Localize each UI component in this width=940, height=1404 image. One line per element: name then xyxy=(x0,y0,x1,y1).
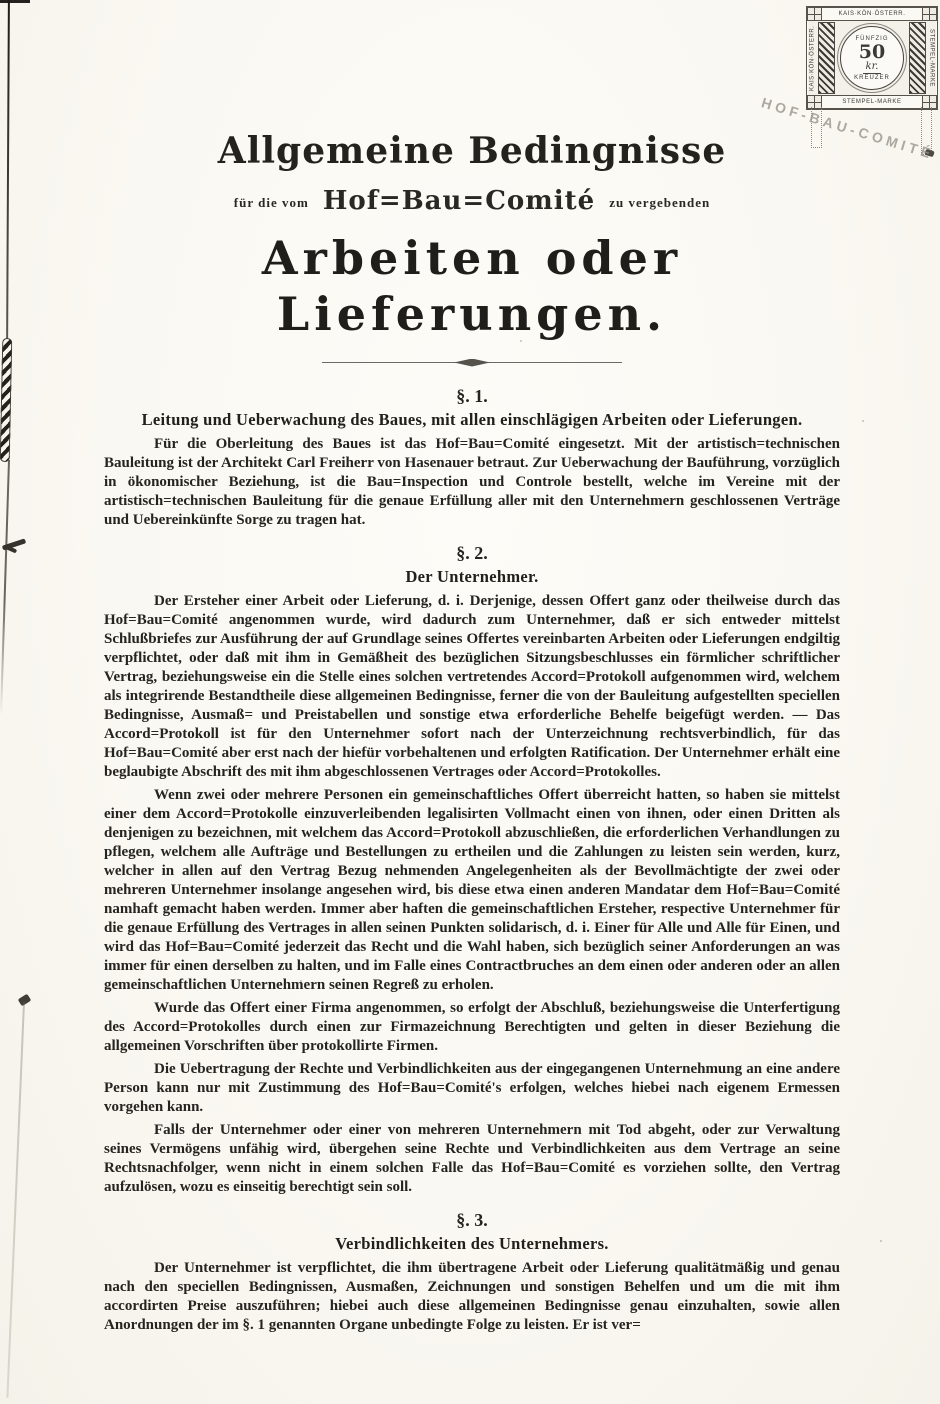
revenue-stamp: KAIS·KÖN·ÖSTERR. KAIS·KÖN·ÖSTERR. FÜNFZI… xyxy=(806,6,938,110)
document-body: Allgemeine Bedingnisse für die vom Hof=B… xyxy=(104,128,840,1335)
stamp-corner-ornament xyxy=(807,7,822,21)
stamp-value-unit: kr. xyxy=(863,62,882,74)
section-1-heading: Leitung und Ueberwachung des Baues, mit … xyxy=(104,409,840,431)
stamp-bottom-banner: STEMPEL-MARKE xyxy=(822,95,922,109)
section-3-paragraph: Der Unternehmer ist verpflichtet, die ih… xyxy=(104,1259,840,1335)
stamp-ornament-column xyxy=(909,22,926,94)
binding-edge-line xyxy=(6,0,10,342)
ornamental-divider xyxy=(322,358,622,367)
section-2-paragraph: Der Ersteher einer Arbeit oder Lieferung… xyxy=(104,592,840,782)
document-title: Allgemeine Bedingnisse xyxy=(104,128,840,174)
section-2-number: §. 2. xyxy=(104,542,840,564)
scan-edge-top-mark xyxy=(0,0,30,3)
section-2-heading: Der Unternehmer. xyxy=(104,566,840,588)
subtitle-suffix: zu vergebenden xyxy=(609,195,710,210)
document-title-second-line: Arbeiten oder Lieferungen. xyxy=(104,230,840,342)
paper-speck xyxy=(862,420,864,422)
subtitle-committee-name: Hof=Bau=Comité xyxy=(323,186,595,216)
binding-knot xyxy=(0,536,28,554)
section-3-heading: Verbindlichkeiten des Unternehmers. xyxy=(104,1233,840,1255)
binding-thread xyxy=(0,338,12,462)
stamp-right-label: STEMPEL-MARKE xyxy=(926,21,937,95)
section-2-paragraph: Wenn zwei oder mehrere Personen ein geme… xyxy=(104,786,840,995)
subtitle-prefix: für die vom xyxy=(234,195,309,210)
section-1-paragraph: Für die Oberleitung des Baues ist das Ho… xyxy=(104,435,840,530)
section-2-paragraph: Wurde das Offert einer Firma angenommen,… xyxy=(104,999,840,1056)
stamp-ornament-column xyxy=(818,22,835,94)
section-2-paragraph: Die Uebertragung der Rechte und Verbindl… xyxy=(104,1060,840,1117)
paper-speck xyxy=(880,1240,882,1242)
paper-crease-line xyxy=(6,1002,25,1398)
stamp-value-word-bottom: KREUZER xyxy=(854,75,890,81)
stamp-left-label: KAIS·KÖN·ÖSTERR. xyxy=(807,21,818,95)
section-3-number: §. 3. xyxy=(104,1209,840,1231)
divider-diamond xyxy=(454,359,490,367)
binding-edge-line-lower xyxy=(0,460,10,715)
document-subtitle: für die vom Hof=Bau=Comité zu vergebende… xyxy=(104,186,840,218)
stamp-top-banner: KAIS·KÖN·ÖSTERR. xyxy=(822,7,922,21)
stamp-corner-ornament xyxy=(922,7,937,21)
stamp-value-circle: FÜNFZIG 50 kr. KREUZER xyxy=(840,26,904,90)
section-2-paragraph: Falls der Unternehmer oder einer von meh… xyxy=(104,1121,840,1197)
stamp-value-number: 50 xyxy=(859,43,885,62)
section-1-number: §. 1. xyxy=(104,385,840,407)
scanned-document-page: KAIS·KÖN·ÖSTERR. KAIS·KÖN·ÖSTERR. FÜNFZI… xyxy=(0,0,940,1404)
